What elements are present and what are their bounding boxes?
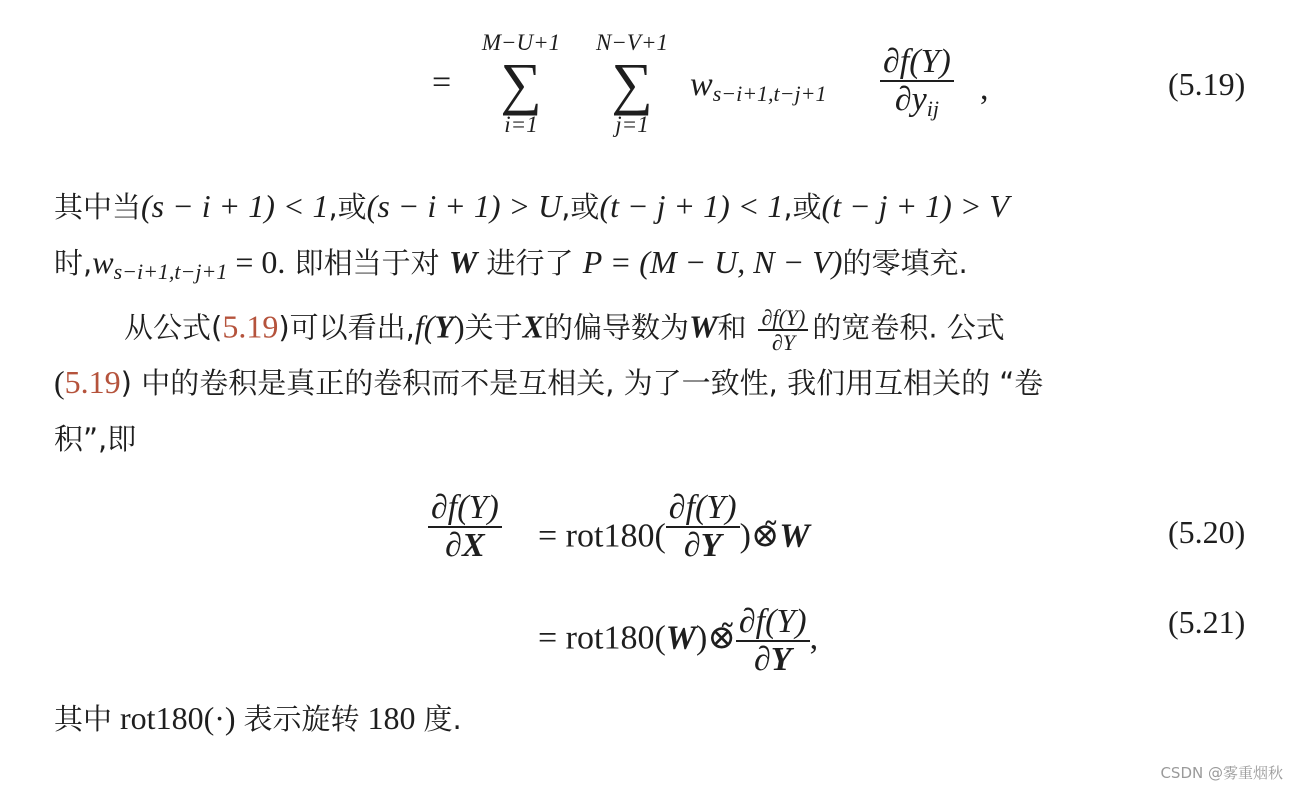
sigma-symbol: ∑ — [578, 56, 686, 112]
math-bold: Y — [434, 308, 454, 344]
equation-reference-link[interactable]: 5.19 — [65, 364, 121, 400]
csdn-watermark: CSDN @雾重烟秋 — [1160, 762, 1283, 783]
math: (t − j + 1) > V — [822, 188, 1009, 224]
w-subscript: s−i+1,t−j+1 — [713, 81, 827, 106]
text: 关于 — [465, 310, 523, 344]
sum-lower-limit: i=1 — [466, 112, 576, 138]
fraction-denominator: ∂yij — [880, 82, 954, 120]
math: 180 — [360, 700, 424, 736]
tilde-otimes-operator: ⊗̃ — [707, 619, 736, 656]
fraction-denominator: ∂X — [428, 528, 502, 564]
text: 度. — [424, 702, 462, 736]
text: 表示旋转 — [244, 702, 360, 736]
math: (s − i + 1) < 1 — [141, 188, 328, 224]
math-bold: W — [689, 308, 717, 344]
text: 积”,即 — [54, 422, 136, 456]
equation-number: (5.21) — [1168, 604, 1245, 641]
fraction-numerator: ∂f(Y) — [666, 490, 740, 526]
tilde-otimes-operator: ⊗̃ — [751, 517, 780, 554]
text: 从公式( — [124, 310, 222, 344]
partial-fraction: ∂f(Y) ∂yij — [880, 44, 954, 120]
text: ) 中的卷积是真正的卷积而不是互相关, 为了一致性, 我们用互相关的 “卷 — [121, 366, 1044, 400]
text: ,或 — [328, 190, 366, 224]
text: 的偏导数为 — [544, 310, 689, 344]
math-bold: W — [779, 517, 809, 554]
text: 和 — [717, 310, 746, 344]
fraction-denominator: ∂Y — [758, 331, 808, 354]
text: )可以看出, — [278, 310, 415, 344]
paragraph-2-line-2: (5.19) 中的卷积是真正的卷积而不是互相关, 为了一致性, 我们用互相关的 … — [54, 362, 1043, 403]
fraction-denominator: ∂Y — [666, 528, 740, 564]
lhs-fraction: ∂f(Y) ∂X — [428, 490, 502, 563]
text: ,或 — [561, 190, 599, 224]
paragraph-3: 其中 rot180(·) 表示旋转 180 度. — [54, 698, 462, 739]
math: rot180(·) — [112, 700, 244, 736]
math-bold: W — [666, 619, 696, 656]
summation-j: N−V+1 ∑ j=1 — [578, 30, 686, 138]
text: 进行了 — [477, 246, 582, 280]
text: 的零填充. — [842, 246, 967, 280]
inline-fraction: ∂f(Y) ∂Y — [758, 306, 808, 354]
text: 即相当于对 — [285, 246, 448, 280]
paragraph-2-line-3: 积”,即 — [54, 418, 136, 459]
summation-i: M−U+1 ∑ i=1 — [466, 30, 576, 138]
math-bold: X — [523, 308, 544, 344]
text: 其中 — [54, 702, 112, 736]
text: 时, — [54, 246, 92, 280]
sigma-symbol: ∑ — [466, 56, 576, 112]
close-paren: ) — [696, 619, 707, 656]
fraction-numerator: ∂f(Y) — [758, 306, 808, 329]
close-paren: ) — [740, 517, 751, 554]
math: = 0. — [227, 244, 285, 280]
rhs: = rot180(W)⊗̃∂f(Y)∂Y, — [538, 604, 818, 677]
fraction-numerator: ∂f(Y) — [428, 490, 502, 526]
math: P = (M − U, N − V) — [583, 244, 843, 280]
w-symbol: w — [690, 66, 713, 103]
fraction-denominator: ∂Y — [736, 642, 810, 678]
rhs-fraction: ∂f(Y)∂Y — [666, 490, 740, 563]
fraction-numerator: ∂f(Y) — [880, 44, 954, 80]
equation-reference-link[interactable]: 5.19 — [222, 308, 278, 344]
weight-term: ws−i+1,t−j+1 — [690, 66, 826, 107]
fraction-numerator: ∂f(Y) — [736, 604, 810, 640]
text: 的宽卷积. 公式 — [812, 310, 1004, 344]
equals-sign: = — [432, 64, 451, 102]
rhs-fraction: ∂f(Y)∂Y — [736, 604, 810, 677]
math: ) — [454, 308, 465, 344]
paragraph-1-line-2: 时,ws−i+1,t−j+1 = 0. 即相当于对 W 进行了 P = (M −… — [54, 242, 968, 292]
trailing-comma: , — [980, 70, 989, 108]
denominator-subscript: ij — [927, 96, 939, 121]
math-bold: W — [449, 244, 477, 280]
math: w — [92, 244, 113, 280]
sum-lower-limit: j=1 — [578, 112, 686, 138]
math: (s − i + 1) > U — [367, 188, 562, 224]
math: f( — [415, 308, 435, 344]
paragraph-1-line-1: 其中当(s − i + 1) < 1,或(s − i + 1) > U,或(t … — [54, 186, 1009, 227]
text: 其中当 — [54, 190, 141, 224]
rot180-open: = rot180( — [538, 619, 666, 656]
rot180-open: = rot180( — [538, 517, 666, 554]
equation-number: (5.20) — [1168, 514, 1245, 551]
text: ( — [54, 364, 65, 400]
paragraph-2-line-1: 从公式(5.19)可以看出,f(Y)关于X的偏导数为W和 ∂f(Y) ∂Y 的宽… — [54, 306, 1005, 354]
math: (t − j + 1) < 1 — [599, 188, 783, 224]
math-subscript: s−i+1,t−j+1 — [114, 259, 228, 284]
denominator-base: ∂y — [895, 81, 927, 118]
text: ,或 — [783, 190, 821, 224]
equation-number: (5.19) — [1168, 66, 1245, 103]
rhs: = rot180(∂f(Y)∂Y)⊗̃W — [538, 514, 810, 563]
trailing-comma: , — [810, 619, 819, 656]
